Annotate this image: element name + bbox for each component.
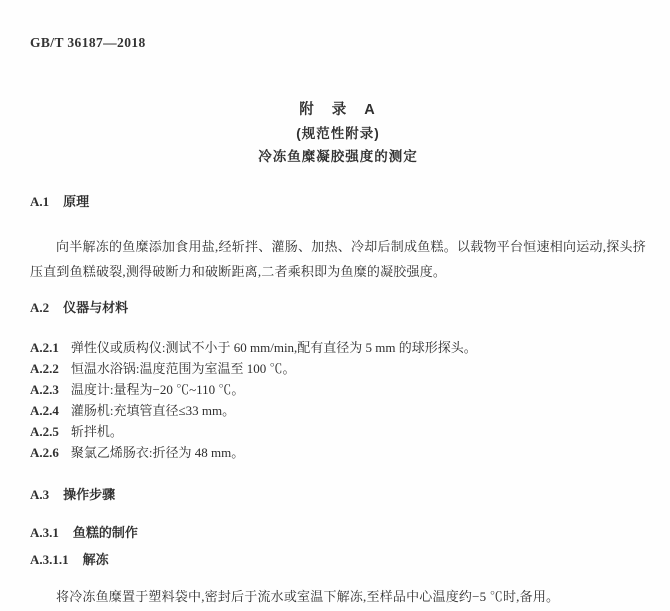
clause-a31-heading: A.3.1鱼糕的制作 [30, 525, 646, 540]
clause-a31-number: A.3.1 [30, 525, 59, 540]
apparatus-item: A.2.3温度计:量程为−20 ℃~110 ℃。 [30, 379, 646, 400]
clause-a2-number: A.2 [30, 300, 49, 315]
clause-a3-title: 操作步骤 [63, 487, 115, 502]
apparatus-item: A.2.5斩拌机。 [30, 421, 646, 442]
standard-document-page: GB/T 36187—2018 附 录 A (规范性附录) 冷冻鱼糜凝胶强度的测… [0, 0, 670, 611]
clause-a2-heading: A.2仪器与材料 [30, 300, 646, 315]
clause-a311-number: A.3.1.1 [30, 552, 69, 567]
apparatus-item-number: A.2.1 [30, 340, 59, 355]
apparatus-item-text: 聚氯乙烯肠衣:折径为 48 mm。 [71, 445, 244, 460]
apparatus-item-number: A.2.6 [30, 445, 59, 460]
clause-a311-heading: A.3.1.1解冻 [30, 552, 646, 567]
apparatus-list: A.2.1弹性仪或质构仪:测试不小于 60 mm/min,配有直径为 5 mm … [30, 337, 646, 463]
apparatus-item-text: 恒温水浴锅:温度范围为室温至 100 ℃。 [71, 361, 296, 376]
clause-a1-heading: A.1原理 [30, 194, 646, 209]
clause-a311-title: 解冻 [83, 552, 109, 567]
clause-a1-number: A.1 [30, 194, 49, 209]
clause-a31-title: 鱼糕的制作 [73, 525, 138, 540]
clause-a1-title: 原理 [63, 194, 89, 209]
clause-a1-paragraph: 向半解冻的鱼糜添加食用盐,经斩拌、灌肠、加热、冷却后制成鱼糕。以载物平台恒速相向… [30, 235, 646, 284]
apparatus-item-text: 温度计:量程为−20 ℃~110 ℃。 [71, 382, 245, 397]
apparatus-item-text: 灌肠机:充填管直径≤33 mm。 [71, 403, 235, 418]
apparatus-item: A.2.6聚氯乙烯肠衣:折径为 48 mm。 [30, 442, 646, 463]
clause-a3-heading: A.3操作步骤 [30, 487, 646, 502]
appendix-heading: 附 录 A [30, 99, 646, 122]
apparatus-item: A.2.2恒温水浴锅:温度范围为室温至 100 ℃。 [30, 358, 646, 379]
apparatus-item-text: 弹性仪或质构仪:测试不小于 60 mm/min,配有直径为 5 mm 的球形探头… [71, 340, 477, 355]
apparatus-item-number: A.2.5 [30, 424, 59, 439]
apparatus-item: A.2.4灌肠机:充填管直径≤33 mm。 [30, 400, 646, 421]
apparatus-item-number: A.2.4 [30, 403, 59, 418]
clause-a2-title: 仪器与材料 [63, 300, 128, 315]
apparatus-item-number: A.2.3 [30, 382, 59, 397]
appendix-subheading: (规范性附录) [30, 122, 646, 145]
appendix-title: 冷冻鱼糜凝胶强度的测定 [30, 145, 646, 168]
apparatus-item-text: 斩拌机。 [71, 424, 123, 439]
clause-a3-number: A.3 [30, 487, 49, 502]
clause-a311-paragraph: 将冷冻鱼糜置于塑料袋中,密封后于流水或室温下解冻,至样品中心温度约−5 ℃时,备… [30, 586, 646, 607]
standard-number: GB/T 36187—2018 [30, 36, 646, 50]
appendix-title-block: 附 录 A (规范性附录) 冷冻鱼糜凝胶强度的测定 [30, 99, 646, 168]
apparatus-item: A.2.1弹性仪或质构仪:测试不小于 60 mm/min,配有直径为 5 mm … [30, 337, 646, 358]
apparatus-item-number: A.2.2 [30, 361, 59, 376]
